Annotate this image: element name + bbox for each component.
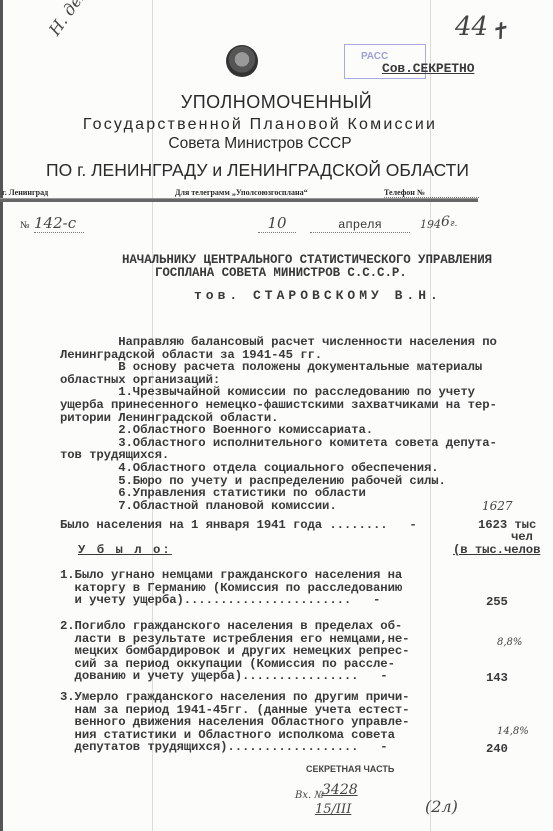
document-page: Н. дел. 12g. 44 ✝ РАСС Сов.СЕКРЕТНО УПОЛ… [0,0,553,831]
intro-line: Направляю балансовый расчет численности … [60,336,497,349]
letterhead-city: г. Ленинград [2,188,48,197]
decrease-item-line: венного движения населения Областного уп… [60,716,409,729]
handwritten-total: 1627 [482,499,513,513]
population-unit: чел [511,531,533,544]
document-day: 10 [258,214,296,233]
addressee-name: тов. СТАРОВСКОМУ В.Н. [194,290,442,303]
decrease-item-line: 2.Погибло гражданского населения в преде… [60,620,409,633]
decrease-item: 3.Умерло гражданского населения по други… [60,691,409,754]
handwritten-percent-3: 14,8% [497,726,529,737]
decrease-item-line: депутатов трудящихся).................. … [60,741,409,754]
handwritten-percent-2: 8,8% [497,637,522,648]
decrease-item-line: дованию и учету ущерба)................ … [60,670,409,683]
decrease-item-value: 255 [486,596,508,609]
intro-line: 4.Областного отдела социального обеспече… [60,462,497,475]
intro-line: 6.Управления статистики по области [60,487,497,500]
incoming-number: 3428 [322,782,358,798]
letterhead-divider [0,198,478,202]
intro-line: В основу расчета положены документальные… [60,361,497,374]
handwritten-page-number: 44 [455,12,488,42]
intro-line: ущерба принесенного немецко-фашистскими … [60,399,497,412]
decrease-item-line: 1.Было угнано немцами гражданского насел… [60,569,402,582]
classification-label: Сов.СЕКРЕТНО [382,63,474,76]
unit-note: (в тыс.челов [453,544,540,557]
letterhead-line-4: ПО г. ЛЕНИНГРАДУ и ЛЕНИНГРАДСКОЙ ОБЛАСТИ [0,160,515,181]
page-count-note: (2л) [425,797,458,816]
letterhead-line-3: Совета Министров СССР [0,135,520,153]
population-label: Было населения на 1 января 1941 года ...… [60,519,417,532]
intro-paragraph: Направляю балансовый расчет численности … [60,336,497,512]
addressee-line-2: ГОСПЛАНА СОВЕТА МИНИСТРОВ С.С.С.Р. [155,267,407,280]
letterhead-line-2: Государственной Плановой Комиссии [0,116,520,134]
document-month: апреля [310,219,410,233]
incoming-date: 15/III [315,802,351,817]
year-label: г. [450,219,457,229]
letterhead-title: УПОЛНОМОЧЕННЫЙ [0,92,553,113]
intro-line: 2.Областного Военного комиссариата. [60,424,497,437]
document-number: 142-с [34,214,84,233]
decrease-item-line: и учету ущерба)....................... - [60,594,402,607]
addressee-line-1: НАЧАЛЬНИКУ ЦЕНТРАЛЬНОГО СТАТИСТИЧЕСКОГО … [122,254,492,267]
letterhead-telegram: Для телеграмм „Уполсоюзгосплана“ [175,188,308,197]
decrease-item-value: 143 [486,672,508,685]
year-suffix: 6 [441,214,450,230]
handwritten-note: Н. дел. 12g. [45,0,118,39]
handwritten-mark: ✝ [488,18,511,46]
decrease-item: 2.Погибло гражданского населения в преде… [60,620,409,683]
decrease-heading: У б ы л о: [78,544,172,557]
number-prefix: № [20,220,30,231]
decrease-item-value: 240 [486,743,508,756]
letterhead-phone: Телефон № [384,188,479,198]
decrease-item-line: 3.Умерло гражданского населения по други… [60,691,409,704]
decrease-item: 1.Было угнано немцами гражданского насел… [60,569,402,607]
decrease-item-line: мецких бомбардировок и других немецких р… [60,645,409,658]
secret-dept-stamp: СЕКРЕТНАЯ ЧАСТЬ [306,764,394,774]
intro-line: 7.Областной плановой комиссии. [60,500,497,513]
year-prefix: 194 [420,218,441,231]
ussr-emblem-icon [226,45,258,77]
incoming-label: Вх. № [295,790,324,801]
